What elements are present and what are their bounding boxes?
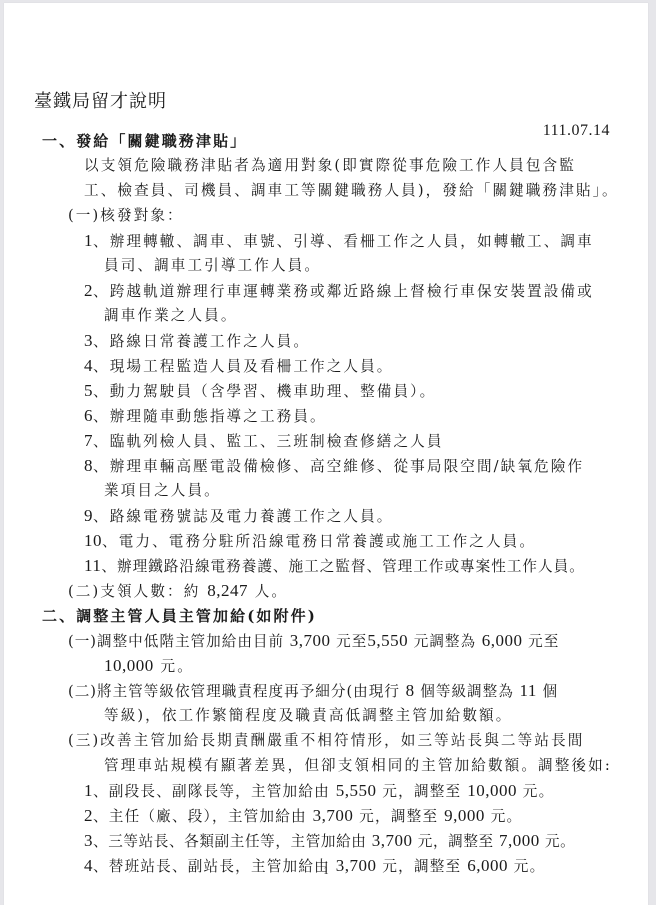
section2-sub3-line2: 管理車站規模有顯著差異，但卻支領相同的主管加給數額。調整後如: (104, 756, 612, 776)
list-item-continued: 員司、調車工引導工作人員。 (104, 256, 321, 276)
list-item: 6、辦理隨車動態指導之工務員。 (84, 406, 327, 427)
recipient-count: 8,247 (207, 581, 248, 600)
section2-sub3-line1: (三)改善主管加給長期責酬嚴重不相符情形，如三等站長與二等站長間 (68, 731, 584, 751)
document-title: 臺鐵局留才說明 (34, 87, 167, 113)
list-item: 11、辦理鐵路沿線電務養護、施工之監督、管理工作或專案性工作人員。 (84, 556, 585, 577)
allowance-item: 1、副段長、副隊長等，主管加給由 5,550 元，調整至 10,000 元。 (84, 781, 554, 802)
section2-sub2-line2: 等級)，依工作繁簡程度及職責高低調整主管加給數額。 (104, 706, 512, 726)
list-item-continued: 調車作業之人員。 (104, 306, 238, 326)
list-item: 1、辦理轉轍、調車、車號、引導、看柵工作之人員，如轉轍工、調車 (84, 231, 594, 252)
page-number: 1 (4, 865, 648, 877)
list-item: 4、現場工程監造人員及看柵工作之人員。 (84, 356, 394, 377)
list-item: 5、動力駕駛員（含學習、機車助理、整備員）。 (84, 381, 436, 402)
section2-sub1-line2: 10,000 元。 (104, 656, 194, 677)
list-item: 9、路線電務號誌及電力養護工作之人員。 (84, 506, 394, 527)
allowance-item: 2、主任（廠、段），主管加給由 3,700 元，調整至 9,000 元。 (84, 806, 522, 827)
section2-heading: 二、調整主管人員主管加給(如附件) (42, 606, 317, 626)
document-page: 臺鐵局留才說明 111.07.14 一、發給「關鍵職務津貼」 以支領危險職務津貼… (4, 3, 648, 905)
section1-sub2-recipients: (二)支領人數：約 8,247 人。 (68, 581, 288, 602)
list-item: 10、電力、電務分駐所沿線電務日常養護或施工工作之人員。 (84, 531, 536, 552)
section2-sub2-line1: (二)將主管等級依管理職責程度再予細分(由現行 8 個等級調整為 11 個 (68, 681, 558, 702)
section1-heading: 一、發給「關鍵職務津貼」 (42, 131, 247, 151)
list-item: 3、路線日常養護工作之人員。 (84, 331, 310, 352)
section1-sub1-label: (一)核發對象： (68, 206, 184, 226)
section1-intro-line2: 工、檢查員、司機員、調車工等關鍵職務人員)，發給「關鍵職務津貼」。 (84, 181, 619, 201)
section1-intro-line1: 以支領危險職務津貼者為適用對象(即實際從事危險工作人員包含監 (84, 156, 576, 176)
list-item: 2、跨越軌道辦理行車運轉業務或鄰近路線上督檢行車保安裝置設備或 (84, 281, 594, 302)
section2-sub1-line1: (一)調整中低階主管加給由目前 3,700 元至5,550 元調整為 6,000… (68, 631, 559, 652)
allowance-item: 3、三等站長、各類副主任等，主管加給由 3,700 元，調整至 7,000 元。 (84, 831, 575, 852)
list-item: 7、臨軌列檢人員、監工、三班制檢查修繕之人員 (84, 431, 444, 452)
document-date: 111.07.14 (543, 122, 610, 140)
list-item-continued: 業項目之人員。 (104, 481, 221, 501)
list-item: 8、辦理車輛高壓電設備檢修、高空維修、從事局限空間/缺氧危險作 (84, 456, 584, 477)
